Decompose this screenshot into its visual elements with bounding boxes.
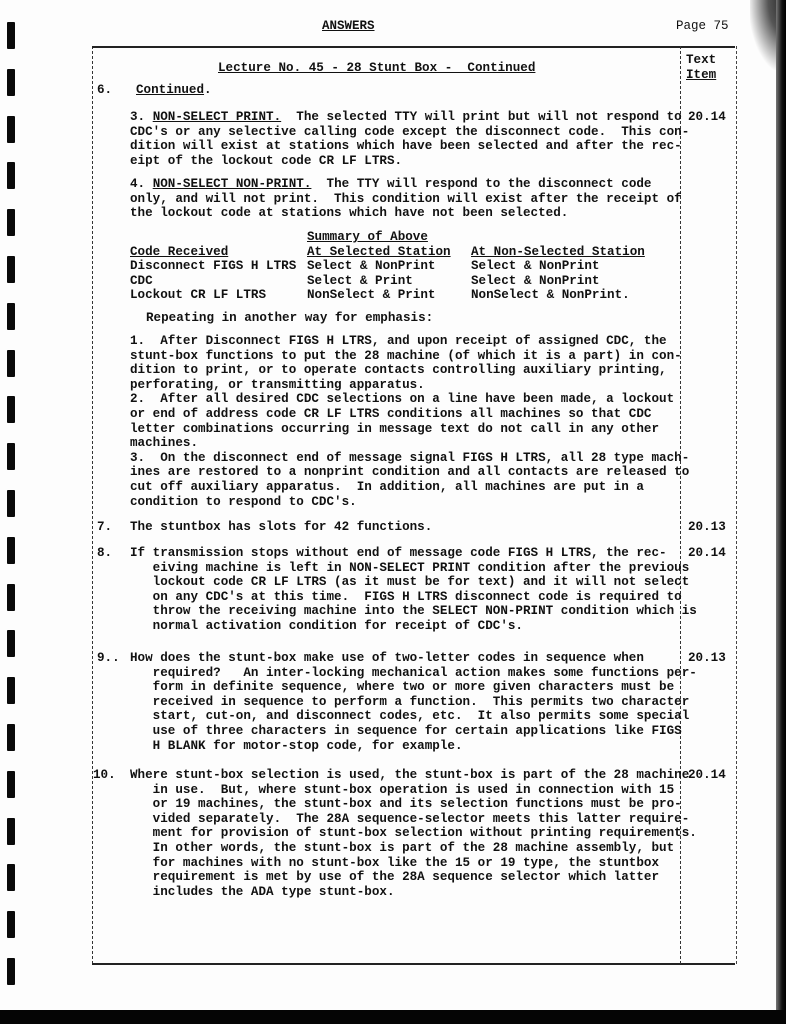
text-line: includes the ADA type stunt-box.: [130, 885, 697, 900]
q6-number: 6.: [97, 83, 112, 98]
cell: Lockout CR LF LTRS: [130, 288, 266, 303]
section-title: ANSWERS: [322, 19, 375, 33]
frame-bottom-rule: [92, 963, 735, 965]
text-line: 3. On the disconnect end of message sign…: [130, 451, 689, 466]
text-line: How does the stunt-box make use of two-l…: [130, 651, 697, 666]
scan-edge: [776, 0, 786, 1024]
p3-line: eipt of the lockout code CR LF LTRS.: [130, 154, 402, 168]
cell: Select & NonPrint: [471, 274, 599, 289]
p3-line: The selected TTY will print but will not…: [281, 110, 682, 124]
text-line: received in sequence to perform a functi…: [130, 695, 697, 710]
text-line: or end of address code CR LF LTRS condit…: [130, 407, 689, 422]
text-line: for machines with no stunt-box like the …: [130, 856, 697, 871]
p4-line: The TTY will respond to the disconnect c…: [311, 177, 651, 191]
punch-hole-mark: [7, 771, 15, 798]
text-line: ines are restored to a nonprint conditio…: [130, 465, 689, 480]
q7-text: The stuntbox has slots for 42 functions.: [130, 520, 432, 535]
text-line: normal activation condition for receipt …: [130, 619, 697, 634]
header-code-received: Code Received: [130, 245, 228, 260]
p3-number: 3.: [130, 110, 153, 124]
punch-hole-mark: [7, 584, 15, 611]
q10-number: 10.: [93, 768, 116, 783]
cell: NonSelect & NonPrint.: [471, 288, 630, 303]
text-item-column-header: Text Item: [686, 53, 716, 82]
q10-text-item-ref: 20.14: [688, 768, 726, 782]
text-line: required? An inter-locking mechanical ac…: [130, 666, 697, 681]
punch-hole-mark: [7, 303, 15, 330]
q8-text: If transmission stops without end of mes…: [130, 546, 697, 634]
column-header-line1: Text: [686, 53, 716, 68]
q9-number: 9..: [97, 651, 120, 666]
punch-hole-mark: [7, 911, 15, 938]
q6-continued: Continued.: [136, 83, 212, 98]
q7-number: 7.: [97, 520, 112, 535]
scan-bottom-edge: [0, 1010, 786, 1024]
q6-paragraph-4: 4. NON-SELECT NON-PRINT. The TTY will re…: [130, 177, 682, 221]
punch-hole-mark: [7, 864, 15, 891]
p3-line: CDC's or any selective calling code exce…: [130, 125, 689, 139]
punch-hole-mark: [7, 537, 15, 564]
punch-hole-mark: [7, 256, 15, 283]
cell: Disconnect FIGS H LTRS: [130, 259, 296, 274]
punch-hole-mark: [7, 162, 15, 189]
q9-text: How does the stunt-box make use of two-l…: [130, 651, 697, 753]
text-line: cut off auxiliary apparatus. In addition…: [130, 480, 689, 495]
cell: NonSelect & Print: [307, 288, 435, 303]
punch-hole-mark: [7, 443, 15, 470]
text-line: start, cut-on, and disconnect codes, etc…: [130, 709, 697, 724]
text-line: or 19 machines, the stunt-box and its se…: [130, 797, 697, 812]
punch-hole-mark: [7, 350, 15, 377]
punch-hole-mark: [7, 677, 15, 704]
text-line: ment for provision of stunt-box selectio…: [130, 826, 697, 841]
text-line: 1. After Disconnect FIGS H LTRS, and upo…: [130, 334, 689, 349]
q6-continued-label: Continued: [136, 83, 204, 97]
frame-top-rule: [92, 46, 735, 48]
punch-hole-mark: [7, 116, 15, 143]
text-line: throw the receiving machine into the SEL…: [130, 604, 697, 619]
text-line: Where stunt-box selection is used, the s…: [130, 768, 697, 783]
p3-heading: NON-SELECT PRINT.: [153, 110, 281, 124]
text-line: lockout code CR LF LTRS (as it must be f…: [130, 575, 697, 590]
emphasis-intro: Repeating in another way for emphasis:: [146, 311, 433, 326]
text-line: use of three characters in sequence for …: [130, 724, 697, 739]
text-line: H BLANK for motor-stop code, for example…: [130, 739, 697, 754]
cell: Select & NonPrint: [307, 259, 435, 274]
text-line: 2. After all desired CDC selections on a…: [130, 392, 689, 407]
column-header-line2: Item: [686, 68, 716, 83]
cell: Select & NonPrint: [471, 259, 599, 274]
q6-p3-text-item-ref: 20.14: [688, 110, 726, 124]
text-line: dition to print, or to operate contacts …: [130, 363, 689, 378]
q8-text-item-ref: 20.14: [688, 546, 726, 560]
q10-text: Where stunt-box selection is used, the s…: [130, 768, 697, 899]
text-line: machines.: [130, 436, 689, 451]
summary-title: Summary of Above: [307, 230, 428, 245]
q8-number: 8.: [97, 546, 112, 561]
q9-text-item-ref: 20.13: [688, 651, 726, 665]
punch-hole-mark: [7, 69, 15, 96]
text-line: stunt-box functions to put the 28 machin…: [130, 349, 689, 364]
text-line: in use. But, where stunt-box operation i…: [130, 783, 697, 798]
punch-hole-mark: [7, 630, 15, 657]
text-line: letter combinations occurring in message…: [130, 422, 689, 437]
punch-hole-mark: [7, 818, 15, 845]
p4-line: the lockout code at stations which have …: [130, 206, 568, 220]
text-line: form in definite sequence, where two or …: [130, 680, 697, 695]
text-line: requirement is met by use of the 28A seq…: [130, 870, 697, 885]
p4-heading: NON-SELECT NON-PRINT.: [153, 177, 312, 191]
header-non-selected-station: At Non-Selected Station: [471, 245, 645, 260]
punch-hole-mark: [7, 22, 15, 49]
q6-paragraph-3: 3. NON-SELECT PRINT. The selected TTY wi…: [130, 110, 689, 168]
punch-hole-mark: [7, 490, 15, 517]
header-selected-station: At Selected Station: [307, 245, 451, 260]
cell: CDC: [130, 274, 153, 289]
text-line: eiving machine is left in NON-SELECT PRI…: [130, 561, 697, 576]
text-line: If transmission stops without end of mes…: [130, 546, 697, 561]
text-line: condition to respond to CDC's.: [130, 495, 689, 510]
punch-hole-mark: [7, 958, 15, 985]
emphasis-list: 1. After Disconnect FIGS H LTRS, and upo…: [130, 334, 689, 509]
text-line: In other words, the stunt-box is part of…: [130, 841, 697, 856]
punch-hole-mark: [7, 396, 15, 423]
q6-continued-period: .: [204, 83, 212, 97]
punch-hole-mark: [7, 724, 15, 751]
text-line: vided separately. The 28A sequence-selec…: [130, 812, 697, 827]
text-line: perforating, or transmitting apparatus.: [130, 378, 689, 393]
lecture-title: Lecture No. 45 - 28 Stunt Box - Continue…: [218, 61, 535, 76]
p3-line: dition will exist at stations which have…: [130, 139, 682, 153]
page-number: Page 75: [676, 19, 729, 33]
cell: Select & Print: [307, 274, 413, 289]
p4-number: 4.: [130, 177, 153, 191]
text-line: on any CDC's at this time. FIGS H LTRS d…: [130, 590, 697, 605]
punch-hole-mark: [7, 209, 15, 236]
p4-line: only, and will not print. This condition…: [130, 192, 682, 206]
q7-text-item-ref: 20.13: [688, 520, 726, 534]
